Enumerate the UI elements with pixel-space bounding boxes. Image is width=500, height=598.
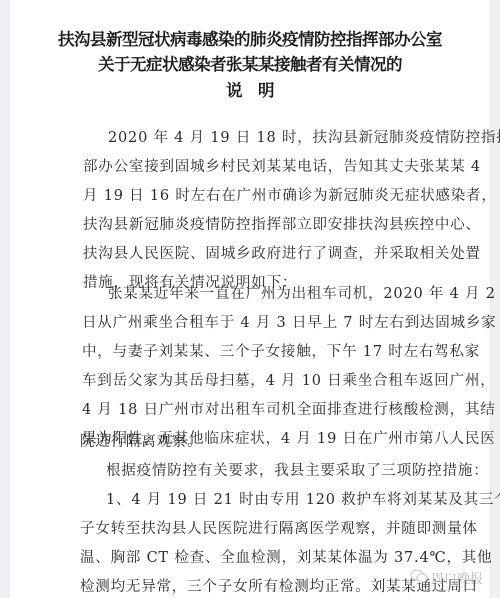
- wechat-icon: [410, 569, 428, 586]
- title-line-1: 扶沟县新型冠状病毒感染的肺炎疫情防控指挥部办公室: [0, 26, 500, 50]
- body-line: 院进行隔离观察。: [0, 430, 500, 451]
- body-line: 2020 年 4 月 19 日 18 时，扶沟县新冠肺炎疫情防控指挥: [0, 126, 500, 147]
- title-line-2: 关于无症状感染者张某某接触者有关情况的: [0, 51, 500, 75]
- body-line: 日从广州乘坐合租车于 4 月 3 日早上 7 时左右到达固城乡家: [0, 311, 500, 332]
- watermark: 周口晚报: [410, 568, 483, 587]
- body-line: 4 月 18 日广州市对出租车司机全面排查进行核酸检测，其结: [0, 398, 500, 419]
- body-line: 车到岳父家为其岳母扫墓，4 月 10 日乘坐合租车返回广州，: [0, 369, 500, 390]
- body-line: 中，与妻子刘某某、三个子女接触，下午 17 时左右驾私家: [0, 340, 500, 361]
- title-line-3: 说 明: [0, 77, 500, 101]
- body-line: 温、胸部 CT 检查、全血检测，刘某某体温为 37.4℃，其他: [0, 546, 500, 567]
- body-line: 根据疫情防控有关要求，我县主要采取了三项防控措施：: [0, 459, 500, 480]
- body-line: 扶沟县人民医院、固城乡政府进行了调查，并采取相关处置: [0, 242, 500, 263]
- body-line: 部办公室接到固城乡村民刘某某电话，告知其丈夫张某某 4: [0, 155, 500, 176]
- watermark-label: 周口晚报: [431, 568, 483, 587]
- body-line: 月 19 日 16 时左右在广州市确诊为新冠肺炎无症状感染者，: [0, 184, 500, 205]
- body-line: 1、4 月 19 日 21 时由专用 120 救护车将刘某某及其三个: [0, 488, 500, 509]
- body-line: 子女转至扶沟县人民医院进行隔离医学观察，并随即测量体: [0, 517, 500, 538]
- body-line: 扶沟县新冠肺炎疫情防控指挥部立即安排扶沟县疾控中心、: [0, 213, 500, 234]
- body-line: 张某某近年来一直在广州为出租车司机，2020 年 4 月 2: [0, 282, 500, 303]
